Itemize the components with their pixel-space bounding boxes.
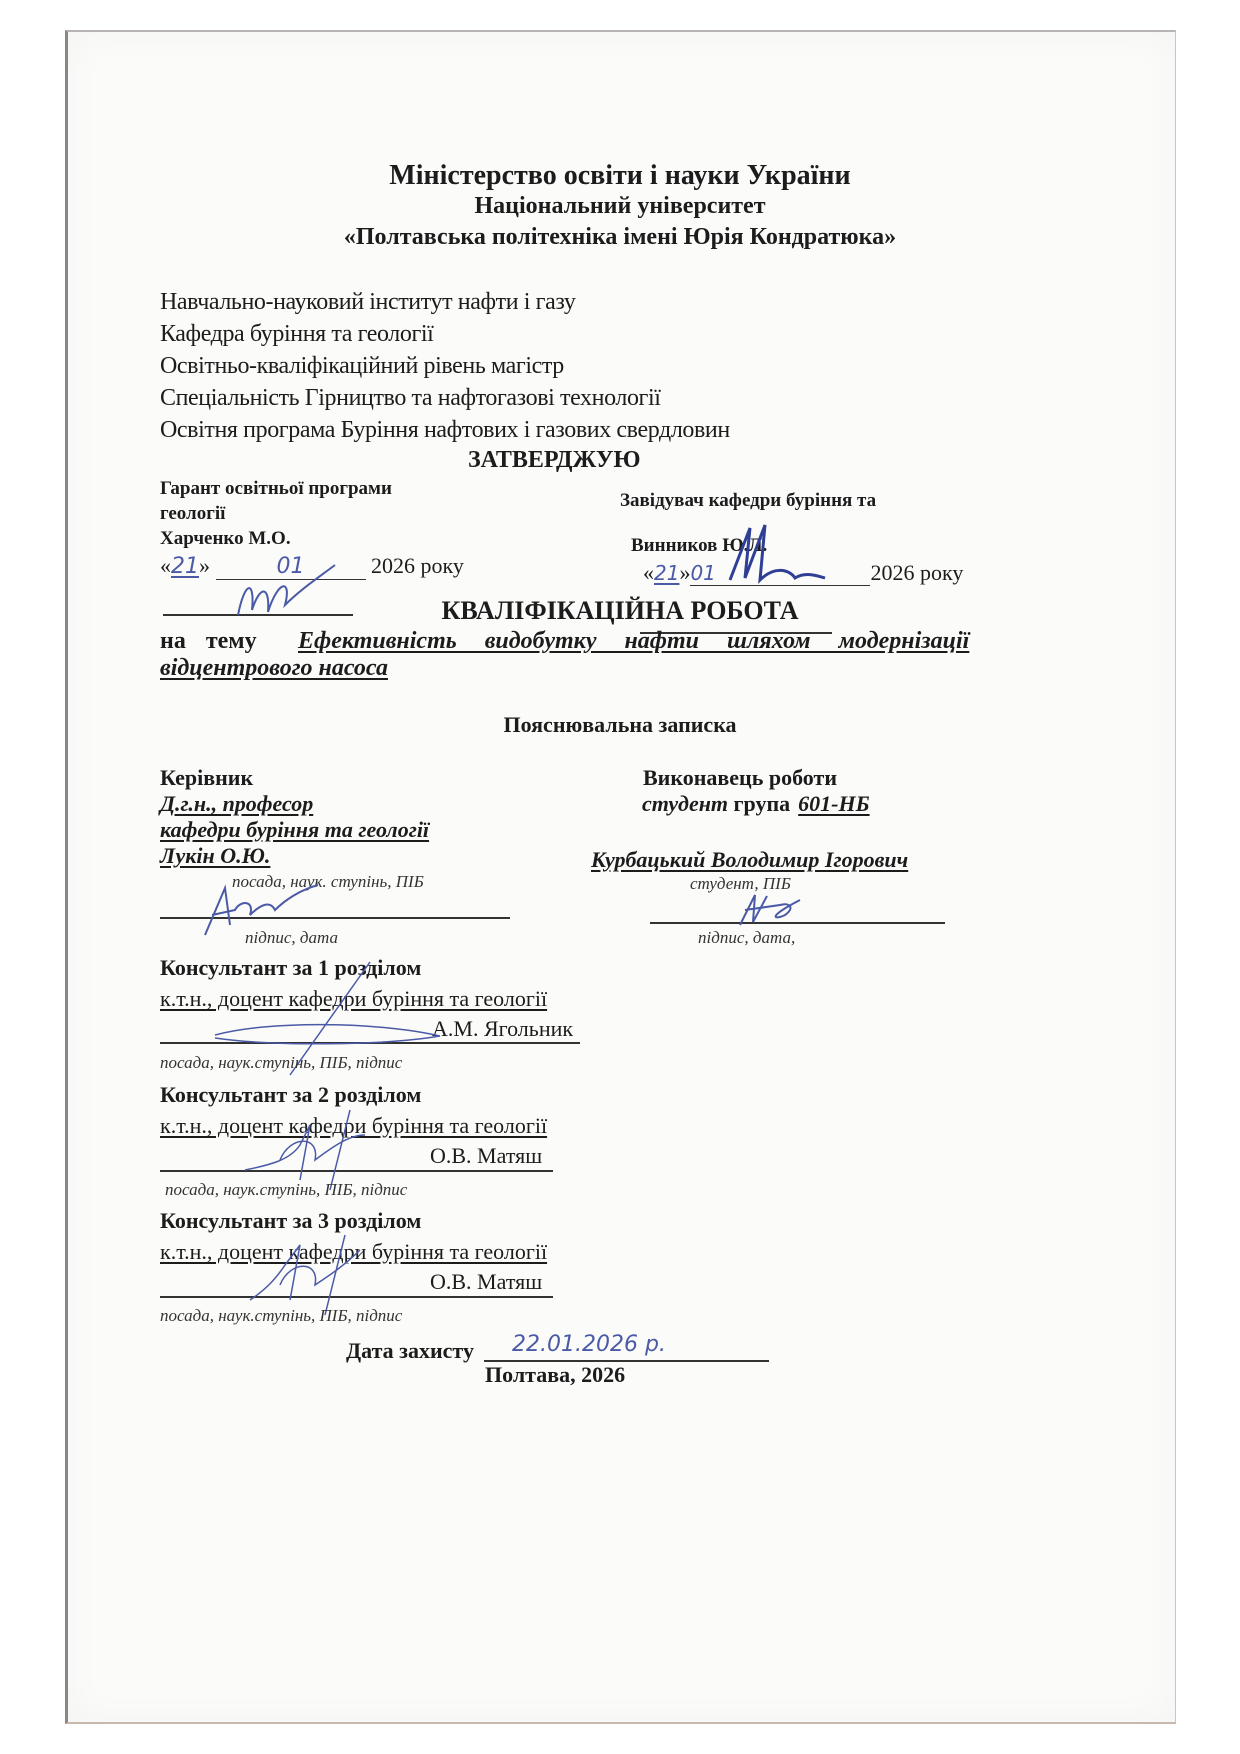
program-line: Освітня програма Буріння нафтових і газо…	[160, 417, 730, 444]
consultant-2-name: О.В. Матяш	[430, 1143, 542, 1169]
university-line-2: «Полтавська політехніка імені Юрія Кондр…	[0, 224, 1240, 251]
consultant-3-name: О.В. Матяш	[430, 1269, 542, 1295]
consultant-1-caption: посада, наук.ступінь, ПІБ, підпис	[160, 1053, 402, 1073]
ministry-title: Міністерство освіти і науки України	[0, 160, 1240, 192]
department-line: Кафедра буріння та геології	[160, 321, 433, 348]
head-of-dept-signature-icon	[720, 520, 830, 590]
group-label: група	[734, 791, 791, 816]
topic-prefix: на темy	[160, 628, 257, 655]
document-kind: Пояснювальна записка	[0, 712, 1240, 738]
city-year: Полтава, 2026	[485, 1362, 625, 1388]
degree-level-line: Освітньо-кваліфікаційний рівень магістр	[160, 353, 564, 380]
university-line-1: Національний університет	[0, 193, 1240, 220]
head-of-dept-day: 21	[654, 561, 679, 585]
supervisor-heading: Керівник	[160, 765, 253, 791]
supervisor-name: Лукін О.Ю.	[160, 843, 270, 869]
group-value: 601-НБ	[790, 791, 875, 816]
defense-date-label: Дата захисту	[346, 1338, 474, 1364]
student-name: Курбацький Володимир Ігорович	[591, 847, 908, 873]
student-caption-2: підпис, дата,	[698, 928, 795, 948]
consultant-3-caption: посада, наук.ступінь, ПІБ, підпис	[160, 1306, 402, 1326]
consultant-1-name: А.М. Ягольник	[432, 1016, 573, 1042]
institute-line: Навчально-науковий інститут нафти і газу	[160, 289, 576, 316]
topic-line-1: Ефективність видобутку нафти шляхом моде…	[298, 628, 969, 655]
consultant-2-caption: посада, наук.ступінь, ПІБ, підпис	[165, 1180, 407, 1200]
approval-title: ЗАТВЕРДЖУЮ	[468, 447, 641, 474]
work-type: КВАЛІФІКАЦІЙНА РОБОТА	[0, 596, 1240, 626]
guarantor-name: Харченко М.О.	[160, 528, 291, 550]
defense-date-value: 22.01.2026 р.	[512, 1332, 666, 1357]
student-role: студент	[642, 791, 728, 816]
guarantor-role-cont: геології	[160, 503, 225, 525]
student-group-line: студент група601-НБ	[642, 791, 876, 817]
guarantor-role: Гарант освітньої програми	[160, 478, 392, 500]
student-signature-icon	[735, 890, 805, 930]
supervisor-degree: Д.г.н., професор	[160, 791, 388, 817]
supervisor-caption-2: підпис, дата	[245, 928, 338, 948]
specialty-line: Спеціальність Гірництво та нафтогазові т…	[160, 385, 661, 412]
guarantor-day: 21	[171, 554, 199, 579]
topic-line-2: відцентрового насоса	[160, 655, 388, 682]
supervisor-department: кафедри буріння та геології	[160, 817, 429, 843]
student-heading: Виконавець роботи	[643, 765, 837, 791]
head-of-dept-role: Завідувач кафедри буріння та	[620, 490, 876, 512]
